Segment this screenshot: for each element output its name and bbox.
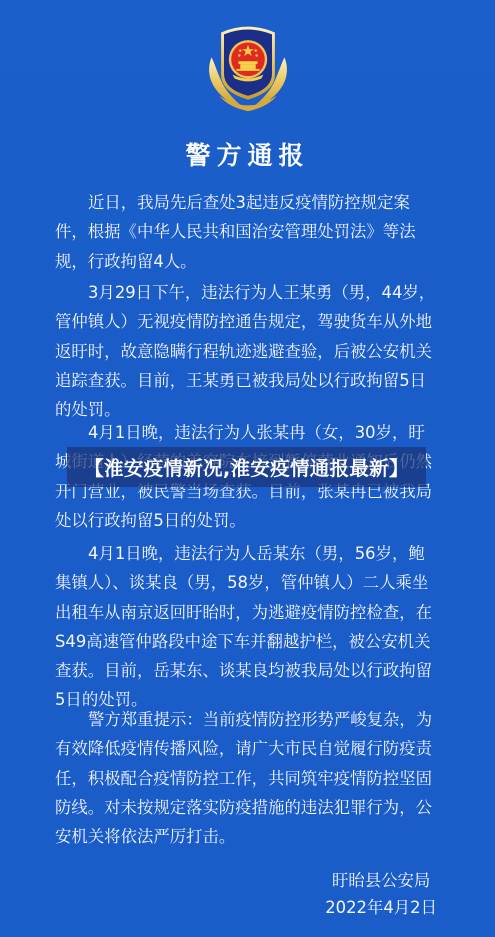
paragraph-line: 4月1日晚，违法行为人岳某东（男，56岁，鲍 (55, 539, 440, 568)
paragraph-line: 近日，我局先后查处3起违反疫情防控规定案 (55, 188, 440, 217)
paragraph-1: 近日，我局先后查处3起违反疫情防控规定案 件，根据《中华人民共和国治安管理处罚法… (55, 188, 440, 276)
paragraph-2: 3月29日下午，违法行为人王某勇（男，44岁， 管仲镇人）无视疫情防控通告规定，… (55, 278, 440, 424)
paragraph-line: 警方郑重提示：当前疫情防控形势严峻复杂，为 (55, 705, 440, 734)
paragraph-line: 集镇人）、谈某良（男，58岁，管仲镇人）二人乘坐 (55, 568, 440, 597)
paragraph-line: 4月1日晚，违法行为人张某冉（女，30岁，盱 (55, 418, 440, 447)
paragraph-line: 规，行政拘留4人。 (55, 247, 440, 276)
paragraph-5: 警方郑重提示：当前疫情防控形势严峻复杂，为 有效降低疫情传播风险，请广大市民自觉… (55, 705, 440, 851)
paragraph-line: 返盱时，故意隐瞒行程轨迹逃避查验，后被公安机关 (55, 337, 440, 366)
notice-title: 警方通报 (0, 136, 495, 172)
paragraph-line: 追踪查获。目前，王某勇已被我局处以行政拘留5日 (55, 366, 440, 395)
paragraph-line: 管仲镇人）无视疫情防控通告规定，驾驶货车从外地 (55, 307, 440, 336)
paragraph-line: 查获。目前，岳某东、谈某良均被我局处以行政拘留 (55, 656, 440, 685)
paragraph-line: 出租车从南京返回盱眙时，为逃避疫情防控检查，在 (55, 598, 440, 627)
issue-date: 2022年4月2日 (325, 894, 437, 921)
banner-title: 【淮安疫情新况,淮安疫情通报最新】 (84, 453, 409, 481)
paragraph-line: S49高速管仲路段中途下车并翻越护栏，被公安机关 (55, 627, 440, 656)
signature-block: 盱眙县公安局 2022年4月2日 (325, 867, 437, 921)
police-emblem-icon (200, 18, 296, 116)
overlay-banner: 【淮安疫情新况,淮安疫情通报最新】 (67, 447, 426, 487)
issuer-name: 盱眙县公安局 (325, 867, 437, 894)
paragraph-line: 任，积极配合疫情防控工作，共同筑牢疫情防控坚固 (55, 764, 440, 793)
paragraph-line: 3月29日下午，违法行为人王某勇（男，44岁， (55, 278, 440, 307)
paragraph-line: 处以行政拘留5日的处罚。 (55, 506, 440, 535)
police-notice-page: 警方通报 近日，我局先后查处3起违反疫情防控规定案 件，根据《中华人民共和国治安… (0, 0, 495, 937)
paragraph-line: 件，根据《中华人民共和国治安管理处罚法》等法 (55, 217, 440, 246)
paragraph-line: 安机关将依法严厉打击。 (55, 822, 440, 851)
paragraph-line: 有效降低疫情传播风险，请广大市民自觉履行防疫责 (55, 734, 440, 763)
paragraph-4: 4月1日晚，违法行为人岳某东（男，56岁，鲍 集镇人）、谈某良（男，58岁，管仲… (55, 539, 440, 715)
paragraph-line: 防线。对未按规定落实防疫措施的违法犯罪行为，公 (55, 793, 440, 822)
